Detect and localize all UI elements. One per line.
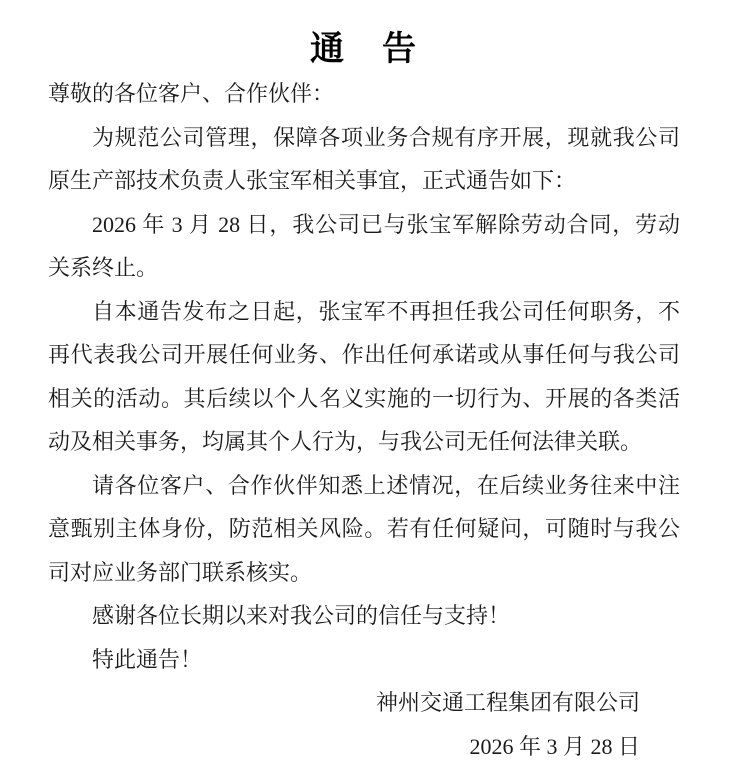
document-title: 通 告 — [48, 28, 680, 72]
paragraph-caution: 请各位客户、合作伙伴知悉上述情况，在后续业务往来中注意甄别主体身份，防范相关风险… — [48, 464, 680, 595]
salutation: 尊敬的各位客户、合作伙伴： — [48, 72, 680, 116]
paragraph-closing: 特此通告！ — [48, 638, 680, 682]
paragraph-thanks: 感谢各位长期以来对我公司的信任与支持！ — [48, 594, 680, 638]
signature-date: 2026 年 3 月 28 日 — [48, 725, 680, 769]
paragraph-intro: 为规范公司管理，保障各项业务合规有序开展，现就我公司原生产部技术负责人张宝军相关… — [48, 116, 680, 203]
paragraph-termination: 2026 年 3 月 28 日，我公司已与张宝军解除劳动合同，劳动关系终止。 — [48, 203, 680, 290]
notice-document: 通 告 尊敬的各位客户、合作伙伴： 为规范公司管理，保障各项业务合规有序开展，现… — [0, 0, 729, 770]
signature-company: 神州交通工程集团有限公司 — [48, 681, 680, 725]
paragraph-disclaimer: 自本通告发布之日起，张宝军不再担任我公司任何职务，不再代表我公司开展任何业务、作… — [48, 290, 680, 464]
